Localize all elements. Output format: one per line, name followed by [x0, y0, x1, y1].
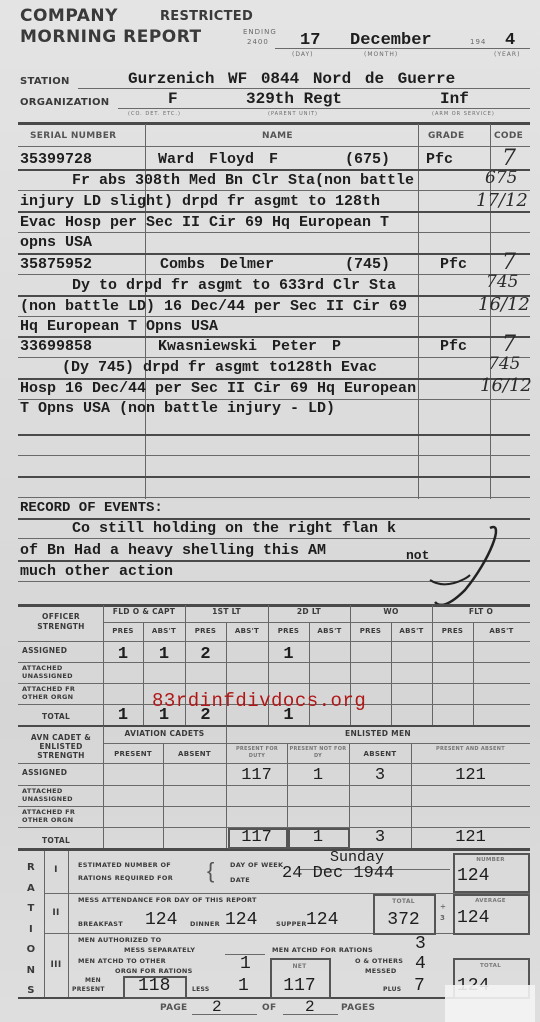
- officer-group-wo: WO: [350, 607, 432, 616]
- enlisted-row-assigned-label: ASSIGNED: [22, 768, 67, 777]
- atchd-for-rations-value: 3: [415, 934, 426, 954]
- station-label: STATION: [20, 76, 70, 87]
- mess-separately-label-2: MESS SEPARATELY: [124, 946, 195, 954]
- entry-2-remark-1: Dy to drpd fr asgmt to 633rd Clr Sta: [72, 277, 396, 294]
- sub-cadet-present: PRESENT: [103, 750, 163, 758]
- divide-by-three: ÷ 3: [440, 902, 450, 924]
- officer-sub-pres: PRES: [350, 627, 391, 635]
- less-label: LESS: [192, 986, 210, 993]
- report-day: 17: [300, 31, 320, 50]
- station-value: Gurzenich WF 0844 Nord de Guerre: [128, 70, 455, 88]
- atchd-other-value: 1: [240, 954, 251, 974]
- rations-total-label: TOTAL: [453, 963, 528, 969]
- col-header-code: CODE: [494, 131, 523, 141]
- enlisted-assigned-absent: 3: [349, 766, 411, 785]
- plus-value: 7: [414, 976, 425, 996]
- year-prefix: 194: [470, 38, 486, 46]
- average-label: AVERAGE: [453, 898, 528, 904]
- rations-letter: S: [24, 981, 38, 1002]
- classification-stamp: RESTRICTED: [160, 9, 253, 24]
- officer-group-1st-lt: 1ST LT: [185, 607, 268, 616]
- entry-3-serial: 33699858: [20, 338, 92, 355]
- average-value: 124: [457, 908, 489, 928]
- breakfast-value: 124: [145, 910, 177, 930]
- officer-assigned-fld-abst: 1: [143, 645, 185, 664]
- pages-label: PAGES: [341, 1003, 375, 1013]
- day-of-week-label: DAY OF WEEK: [230, 861, 283, 869]
- page-count: 2: [305, 998, 315, 1016]
- atchd-other-label-1: MEN ATCHD TO OTHER: [78, 957, 166, 965]
- col-header-serial: SERIAL NUMBER: [30, 131, 116, 141]
- sub-present-not-for-duty: PRESENT NOT FOR DY: [289, 746, 347, 760]
- entry-1-remark-3: Evac Hosp per Sec II Cir 69 Hq European …: [20, 214, 389, 231]
- entry-2-remark-2: (non battle LD) 16 Dec/44 per Sec II Cir…: [20, 298, 407, 315]
- atchd-for-rations-label: MEN ATCHD FOR RATIONS: [272, 946, 373, 954]
- supper-value: 124: [306, 910, 338, 930]
- less-value: 1: [238, 976, 249, 996]
- ending-label: ENDING: [243, 28, 277, 36]
- rations-side-label: R A T I O N S: [24, 858, 38, 1002]
- plus-label: PLUS: [383, 986, 401, 993]
- org-company: F: [168, 90, 178, 108]
- entry-1-mos: (675): [345, 151, 390, 168]
- dinner-label: DINNER: [190, 920, 220, 928]
- entry-2-remark-3: Hq European T Opns USA: [20, 318, 218, 335]
- org-company-caption: (CO. DET. ETC.): [128, 111, 181, 117]
- officer-sub-pres: PRES: [103, 627, 143, 635]
- day-caption: (DAY): [292, 51, 314, 58]
- rations-section-i: I: [44, 865, 68, 875]
- org-arm-caption: (ARM OR SERVICE): [432, 111, 495, 117]
- brace-icon: {: [207, 858, 214, 884]
- rations-letter: T: [24, 899, 38, 920]
- entry-1-name: Ward Floyd F: [158, 151, 278, 168]
- mess-attendance-label: MESS ATTENDANCE FOR DAY OF THIS REPORT: [78, 896, 257, 904]
- enlisted-row-attached-other-label: ATTACHED FR OTHER ORGN: [22, 808, 98, 824]
- entry-1-margin-note-1: 675: [485, 168, 517, 188]
- dinner-value: 124: [225, 910, 257, 930]
- officer-sub-abst: ABS'T: [226, 627, 268, 635]
- entry-2-grade: Pfc: [440, 256, 467, 273]
- breakfast-label: BREAKFAST: [78, 920, 123, 928]
- rations-letter: I: [24, 920, 38, 941]
- officer-assigned-fld-pres: 1: [103, 645, 143, 664]
- report-year-digit: 4: [505, 31, 515, 50]
- rations-letter: R: [24, 858, 38, 879]
- o-others-label-1: O & OTHERS: [355, 957, 403, 965]
- enlisted-assigned-present-and-absent: 121: [411, 766, 530, 785]
- entry-3-grade: Pfc: [440, 338, 467, 355]
- atchd-other-label-2: ORGN FOR RATIONS: [115, 967, 193, 975]
- entry-2-margin-note-1: 745: [486, 272, 518, 292]
- officer-group-fld-capt: FLD O & CAPT: [103, 607, 185, 616]
- events-line-1: Co still holding on the right flan k: [72, 520, 396, 537]
- organization-label: ORGANIZATION: [20, 97, 109, 108]
- officer-group-flt-o: FLT O: [432, 607, 530, 616]
- rations-section-iii: III: [44, 960, 68, 970]
- officer-sub-abst: ABS'T: [143, 627, 185, 635]
- men-present-value: 118: [138, 976, 170, 996]
- of-label: OF: [262, 1003, 276, 1013]
- entry-1-remark-1: Fr abs 308th Med Bn Clr Sta(non battle: [72, 172, 414, 189]
- net-label: NET: [270, 963, 329, 970]
- entry-1-margin-note-2: 17/12: [476, 190, 528, 211]
- entry-1-remark-2: injury LD slight) drpd fr asgmt to 128th: [20, 193, 380, 210]
- officer-group-2d-lt: 2D LT: [268, 607, 350, 616]
- men-present-label-1: MEN: [85, 977, 101, 984]
- officer-assigned-2dlt-pres: 1: [268, 645, 309, 664]
- officer-row-assigned-label: ASSIGNED: [22, 646, 67, 655]
- form-title-morning-report: MORNING REPORT: [20, 27, 202, 47]
- mess-total-value: 372: [373, 910, 434, 930]
- officer-sub-abst: ABS'T: [391, 627, 432, 635]
- ending-time-label: 2400: [247, 38, 269, 46]
- page-label: PAGE: [160, 1003, 187, 1013]
- date-value: 24 Dec 1944: [282, 864, 394, 883]
- officer-sub-abst: ABS'T: [309, 627, 350, 635]
- group-enlisted-men: ENLISTED MEN: [226, 729, 530, 738]
- col-header-name: NAME: [262, 131, 293, 141]
- enlisted-strength-title: AVN CADET & ENLISTED STRENGTH: [22, 733, 100, 760]
- enlisted-assigned-present-duty: 117: [226, 766, 287, 785]
- officer-sub-pres: PRES: [185, 627, 226, 635]
- enlisted-total-absent: 3: [349, 828, 411, 847]
- rations-estimated-label-2: RATIONS REQUIRED FOR: [78, 874, 173, 882]
- org-parent-unit: 329th Regt: [246, 90, 342, 108]
- org-arm: Inf: [440, 90, 469, 108]
- rations-letter: O: [24, 940, 38, 961]
- sub-cadet-absent: ABSENT: [163, 750, 226, 758]
- supper-label: SUPPER: [276, 920, 307, 928]
- entry-3-remark-3: T Opns USA (non battle injury - LD): [20, 400, 335, 417]
- org-parent-caption: (PARENT UNIT): [268, 111, 318, 117]
- enlisted-total-present-duty: 117: [226, 828, 287, 847]
- group-aviation-cadets: AVIATION CADETS: [103, 729, 226, 738]
- number-label: NUMBER: [453, 857, 528, 863]
- sub-enlisted-absent: ABSENT: [349, 750, 411, 758]
- morning-report-document: COMPANY MORNING REPORT RESTRICTED ENDING…: [0, 0, 540, 1022]
- enlisted-assigned-present-not-duty: 1: [287, 766, 349, 785]
- officer-sub-abst: ABS'T: [473, 627, 530, 635]
- enlisted-row-attached-unassigned-label: ATTACHED UNASSIGNED: [22, 787, 98, 803]
- enlisted-total-present-and-absent: 121: [411, 828, 530, 847]
- officer-strength-title: OFFICER STRENGTH: [22, 612, 100, 632]
- events-line-3: much other action: [20, 563, 173, 580]
- entry-3-remark-2: Hosp 16 Dec/44 per Sec II Cir 69 Hq Euro…: [20, 380, 416, 397]
- entry-1-serial: 35399728: [20, 151, 92, 168]
- events-line-2: of Bn Had a heavy shelling this AM: [20, 542, 326, 559]
- o-others-label-2: MESSED: [365, 967, 397, 975]
- rations-estimated-label-1: ESTIMATED NUMBER OF: [78, 861, 171, 869]
- entry-3-margin-note-1: 745: [488, 354, 520, 374]
- men-present-label-2: PRESENT: [72, 986, 105, 993]
- officer-row-attached-unassigned-label: ATTACHED UNASSIGNED: [22, 664, 98, 680]
- entry-2-margin-note-2: 16/12: [478, 294, 530, 315]
- enlisted-row-total-label: TOTAL: [42, 836, 70, 845]
- watermark: 83rdinfdivdocs.org: [152, 690, 366, 712]
- page-number: 2: [212, 998, 222, 1016]
- mess-total-label: TOTAL: [373, 898, 434, 905]
- enlisted-total-present-not-duty: 1: [287, 828, 349, 847]
- rations-section-ii: II: [44, 908, 68, 918]
- report-month: December: [350, 31, 432, 50]
- entry-3-margin-note-2: 16/12: [480, 375, 532, 396]
- officer-sub-pres: PRES: [432, 627, 473, 635]
- rations-letter: N: [24, 961, 38, 982]
- signature-mark-icon: [410, 520, 510, 610]
- entry-2-mos: (745): [345, 256, 390, 273]
- entry-1-grade: Pfc: [426, 151, 453, 168]
- col-header-grade: GRADE: [428, 131, 464, 141]
- sub-present-and-absent: PRESENT AND ABSENT: [411, 746, 530, 753]
- date-label: DATE: [230, 876, 250, 884]
- entry-2-name: Combs Delmer: [160, 256, 274, 273]
- sub-present-for-duty: PRESENT FOR DUTY: [228, 746, 286, 760]
- photo-glare: [445, 985, 535, 1022]
- entry-1-remark-4: opns USA: [20, 234, 92, 251]
- year-caption: (YEAR): [494, 51, 520, 58]
- officer-row-total-label: TOTAL: [42, 712, 70, 721]
- entry-3-name: Kwasniewski Peter P: [158, 338, 341, 355]
- form-title-company: COMPANY: [20, 6, 118, 26]
- entry-3-remark-1: (Dy 745) drpd fr asgmt to128th Evac: [62, 359, 377, 376]
- officer-sub-pres: PRES: [268, 627, 309, 635]
- officer-assigned-1stlt-pres: 2: [185, 645, 226, 664]
- net-value: 117: [270, 976, 329, 996]
- rations-number-value: 124: [457, 866, 489, 886]
- record-of-events-label: RECORD OF EVENTS:: [20, 500, 163, 516]
- month-caption: (MONTH): [364, 51, 398, 58]
- entry-2-serial: 35875952: [20, 256, 92, 273]
- mess-separately-label-1: MEN AUTHORIZED TO: [78, 936, 161, 944]
- officer-total-fld-pres: 1: [103, 706, 143, 725]
- o-others-value: 4: [415, 954, 426, 974]
- rations-letter: A: [24, 879, 38, 900]
- officer-row-attached-other-label: ATTACHED FR OTHER ORGN: [22, 685, 98, 701]
